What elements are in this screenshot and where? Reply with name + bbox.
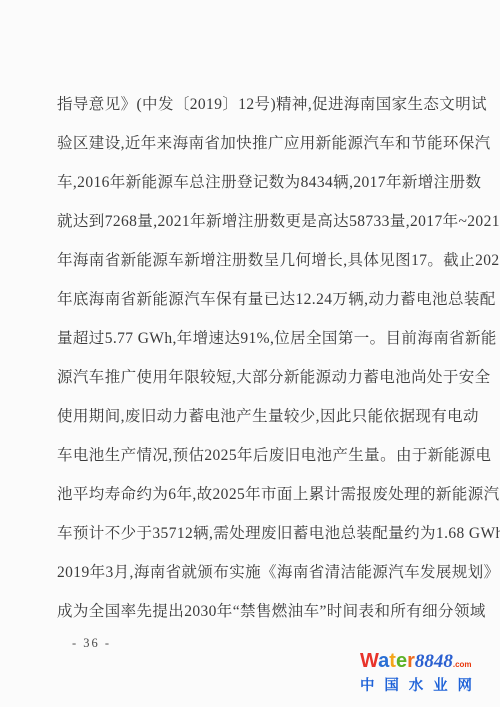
- paragraph-line: 车电池生产情况,预估2025年后废旧电池产生量。由于新能源电: [57, 436, 459, 475]
- logo-number: 8848: [415, 651, 453, 672]
- watermark-brand-row: Water8848.com: [360, 650, 472, 676]
- logo-letter-t: t: [389, 650, 396, 672]
- logo-tld: .com: [453, 660, 472, 669]
- paragraph-line: 验区建设,近年来海南省加快推广应用新能源汽车和节能环保汽: [57, 124, 459, 163]
- paragraph-line: 成为全国率先提出2030年“禁售燃油车”时间表和所有细分领域: [57, 592, 459, 631]
- water8848-watermark-logo: Water8848.com 中 国 水 业 网: [360, 650, 472, 695]
- logo-letter-r: r: [407, 650, 415, 672]
- paragraph-line: 车预计不少于35712辆,需处理废旧蓄电池总装配量约为1.68 GWh。: [57, 514, 459, 553]
- paragraph-line: 年海南省新能源车新增注册数呈几何增长,具体见图17。截止2021: [57, 241, 459, 280]
- paragraph-line: 就达到7268量,2021年新增注册数更是高达58733量,2017年~2021: [57, 202, 459, 241]
- document-page: 指导意见》(中发〔2019〕12号)精神,促进海南国家生态文明试 验区建设,近年…: [0, 0, 500, 707]
- logo-letter-e: e: [396, 650, 407, 672]
- watermark-subtitle: 中 国 水 业 网: [360, 677, 472, 695]
- paragraph-line: 2019年3月,海南省就颁布实施《海南省清洁能源汽车发展规划》,: [57, 553, 459, 592]
- paragraph-line: 年底海南省新能源汽车保有量已达12.24万辆,动力蓄电池总装配: [57, 280, 459, 319]
- paragraph-line: 指导意见》(中发〔2019〕12号)精神,促进海南国家生态文明试: [57, 85, 459, 124]
- paragraph-line: 使用期间,废旧动力蓄电池产生量较少,因此只能依据现有电动: [57, 397, 459, 436]
- paragraph-line: 车,2016年新能源车总注册登记数为8434辆,2017年新增注册数: [57, 163, 459, 202]
- paragraph-line: 量超过5.77 GWh,年增速达91%,位居全国第一。目前海南省新能: [57, 319, 459, 358]
- body-paragraph: 指导意见》(中发〔2019〕12号)精神,促进海南国家生态文明试 验区建设,近年…: [57, 85, 459, 631]
- page-number: - 36 -: [72, 636, 111, 651]
- paragraph-line: 池平均寿命约为6年,故2025年市面上累计需报废处理的新能源汽: [57, 475, 459, 514]
- paragraph-line: 源汽车推广使用年限较短,大部分新能源动力蓄电池尚处于安全: [57, 358, 459, 397]
- logo-letter-a: a: [378, 650, 389, 672]
- logo-letter-w: W: [360, 650, 378, 672]
